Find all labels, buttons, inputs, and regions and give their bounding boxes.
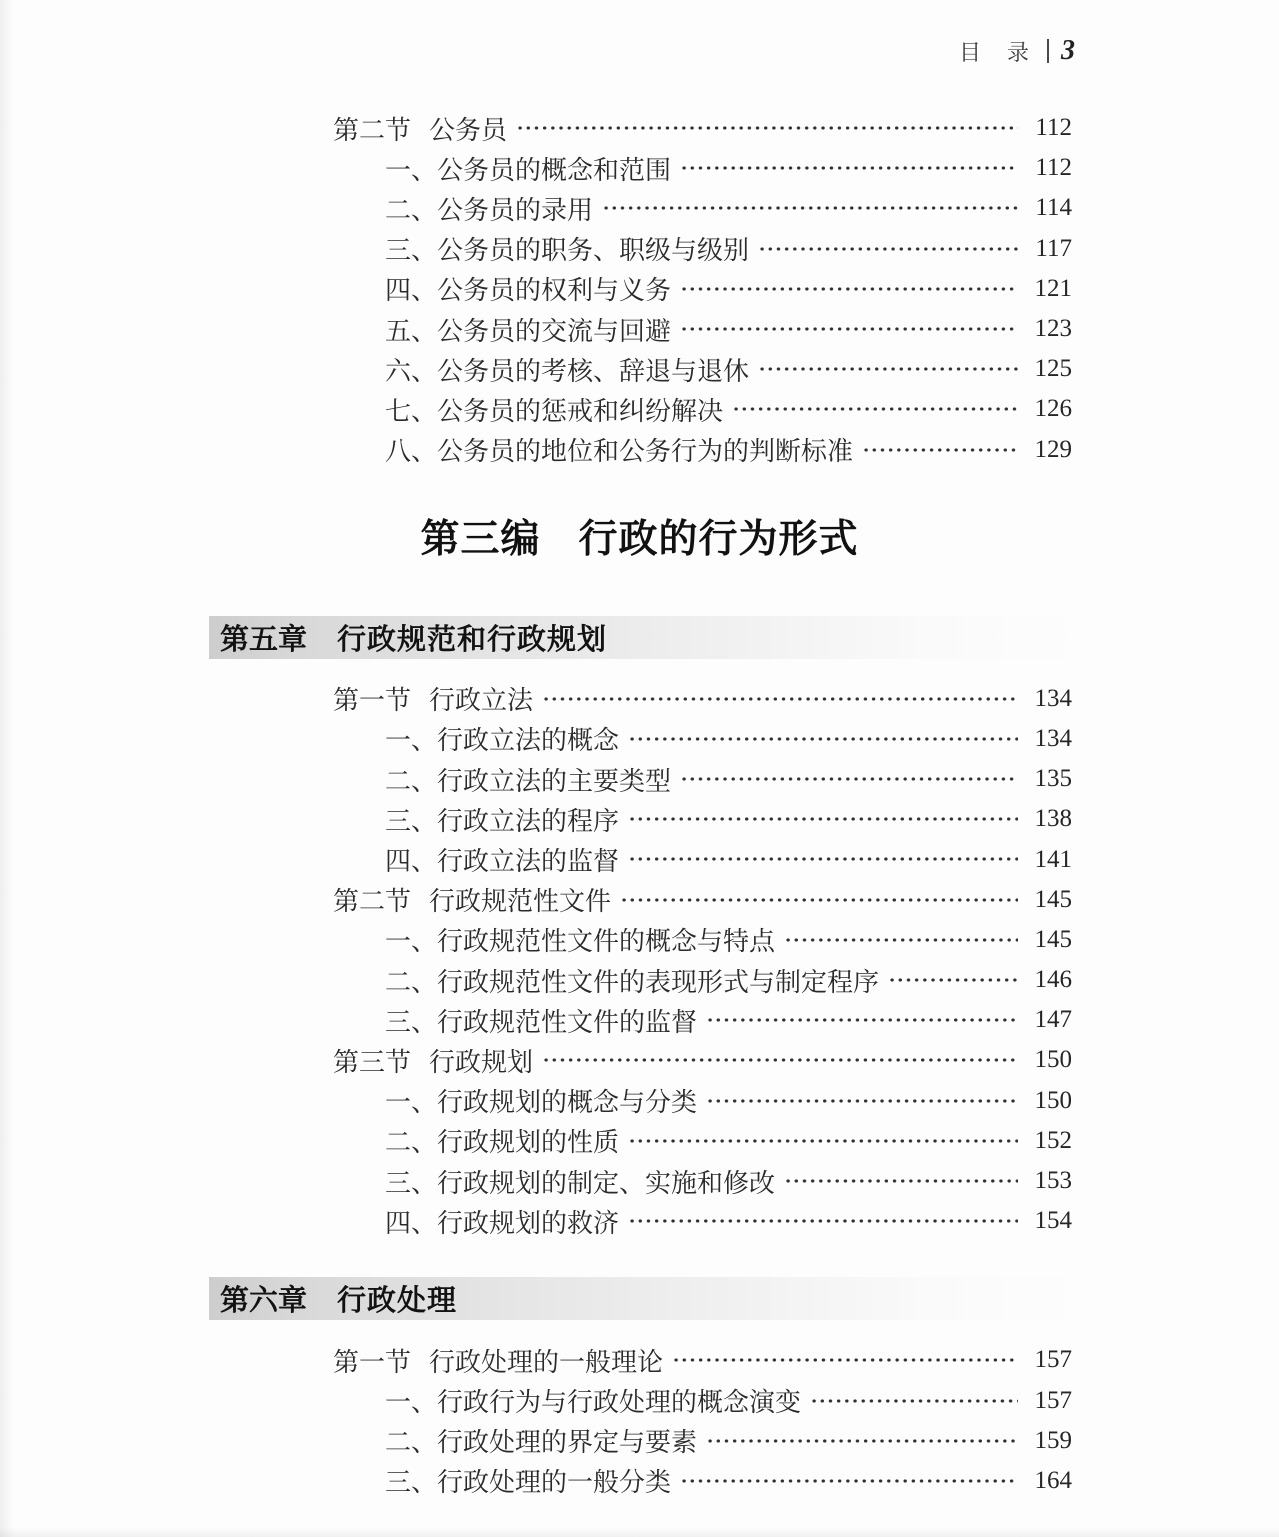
item-title: 四、公务员的权利与义务 [385, 270, 671, 307]
toc-section-row: 第二节行政规范性文件145 [0, 880, 1279, 920]
dot-leader [810, 1381, 1018, 1421]
page-number: 153 [1028, 1167, 1072, 1195]
section-number: 第三节 [333, 1042, 411, 1079]
dot-leader [706, 1000, 1018, 1040]
dot-leader [628, 1201, 1018, 1241]
page-number: 117 [1028, 235, 1072, 263]
part-title: 行政的行为形式 [579, 518, 859, 561]
toc-item-row: 一、行政立法的概念134 [0, 719, 1279, 759]
dot-leader [672, 1340, 1018, 1380]
dot-leader [602, 188, 1018, 228]
item-title: 一、行政规范性文件的概念与特点 [385, 921, 775, 958]
item-title: 二、行政规范性文件的表现形式与制定程序 [385, 962, 879, 999]
page-number: 159 [1028, 1427, 1072, 1455]
toc-section-row: 第一节行政立法134 [0, 679, 1279, 719]
page-number: 146 [1028, 966, 1072, 994]
item-title: 三、公务员的职务、职级与级别 [385, 230, 749, 267]
dot-leader [542, 679, 1018, 719]
page-number: 150 [1028, 1087, 1072, 1115]
toc-section-row: 第二节公务员112 [0, 108, 1279, 148]
page-number: 134 [1028, 685, 1072, 713]
item-title: 五、公务员的交流与回避 [385, 311, 671, 348]
page-number: 157 [1028, 1387, 1072, 1415]
page-number: 112 [1028, 154, 1072, 182]
dot-leader [784, 1161, 1018, 1201]
item-title: 三、行政规范性文件的监督 [385, 1002, 697, 1039]
item-title: 一、行政立法的概念 [385, 720, 619, 757]
page-number: 145 [1028, 926, 1072, 954]
toc-item-row: 四、行政立法的监督141 [0, 839, 1279, 879]
dot-leader [628, 799, 1018, 839]
toc-item-row: 一、行政规范性文件的概念与特点145 [0, 920, 1279, 960]
page-number: 114 [1028, 194, 1072, 222]
section-number: 第二节 [333, 881, 411, 918]
item-title: 三、行政立法的程序 [385, 801, 619, 838]
toc-item-row: 三、公务员的职务、职级与级别117 [0, 229, 1279, 269]
toc-item-row: 三、行政立法的程序138 [0, 799, 1279, 839]
toc-item-row: 四、行政规划的救济154 [0, 1201, 1279, 1241]
page-number: 135 [1028, 765, 1072, 793]
dot-leader [628, 1121, 1018, 1161]
chapter-title: 行政处理 [337, 1278, 457, 1319]
chapter-title: 行政规范和行政规划 [337, 617, 607, 658]
header-title: 目 录 [959, 36, 1031, 67]
page-number: 141 [1028, 846, 1072, 874]
dot-leader [680, 309, 1018, 349]
page-number: 134 [1028, 725, 1072, 753]
page-number: 150 [1028, 1046, 1072, 1074]
toc-item-row: 八、公务员的地位和公务行为的判断标准129 [0, 430, 1279, 470]
item-title: 三、行政处理的一般分类 [385, 1462, 671, 1499]
page-number: 145 [1028, 886, 1072, 914]
page-number: 125 [1028, 355, 1072, 383]
page-number: 154 [1028, 1207, 1072, 1235]
section-title: 行政处理的一般理论 [429, 1342, 663, 1379]
toc-item-row: 二、行政规范性文件的表现形式与制定程序146 [0, 960, 1279, 1000]
dot-leader [888, 960, 1018, 1000]
section-title: 公务员 [429, 110, 507, 147]
toc-item-row: 四、公务员的权利与义务121 [0, 269, 1279, 309]
section-title: 行政立法 [429, 680, 533, 717]
dot-leader [680, 148, 1018, 188]
dot-leader [784, 920, 1018, 960]
dot-leader [516, 108, 1018, 148]
item-title: 一、行政行为与行政处理的概念演变 [385, 1382, 801, 1419]
item-title: 二、行政立法的主要类型 [385, 761, 671, 798]
page-header: 目 录 3 [959, 34, 1075, 68]
chapter-heading-bar: 第五章行政规范和行政规划 [209, 616, 1085, 659]
toc-item-row: 二、行政立法的主要类型135 [0, 759, 1279, 799]
page-number: 126 [1028, 395, 1072, 423]
page-number: 129 [1028, 436, 1072, 464]
item-title: 三、行政规划的制定、实施和修改 [385, 1163, 775, 1200]
toc-item-row: 二、行政处理的界定与要素159 [0, 1421, 1279, 1461]
toc-item-row: 三、行政规范性文件的监督147 [0, 1000, 1279, 1040]
toc-item-row: 三、行政处理的一般分类164 [0, 1461, 1279, 1501]
item-title: 一、公务员的概念和范围 [385, 150, 671, 187]
toc-item-row: 二、公务员的录用114 [0, 188, 1279, 228]
section-number: 第一节 [333, 1342, 411, 1379]
item-title: 四、行政立法的监督 [385, 841, 619, 878]
toc-item-row: 一、行政规划的概念与分类150 [0, 1081, 1279, 1121]
section-title: 行政规划 [429, 1042, 533, 1079]
toc-item-row: 一、行政行为与行政处理的概念演变157 [0, 1381, 1279, 1421]
item-title: 二、行政规划的性质 [385, 1122, 619, 1159]
dot-leader [862, 430, 1018, 470]
chapter-heading-bar: 第六章行政处理 [209, 1277, 1085, 1320]
page-number: 123 [1028, 315, 1072, 343]
toc-section-row: 第三节行政规划150 [0, 1040, 1279, 1080]
toc-item-row: 六、公务员的考核、辞退与退休125 [0, 349, 1279, 389]
chapter-number: 第六章 [220, 1278, 307, 1319]
item-title: 八、公务员的地位和公务行为的判断标准 [385, 431, 853, 468]
dot-leader [758, 349, 1018, 389]
item-title: 一、行政规划的概念与分类 [385, 1082, 697, 1119]
toc-item-row: 七、公务员的惩戒和纠纷解决126 [0, 389, 1279, 429]
toc-item-row: 二、行政规划的性质152 [0, 1121, 1279, 1161]
toc-item-row: 一、公务员的概念和范围112 [0, 148, 1279, 188]
dot-leader [542, 1040, 1018, 1080]
page-number: 152 [1028, 1127, 1072, 1155]
dot-leader [680, 759, 1018, 799]
dot-leader [758, 229, 1018, 269]
page-edge-shadow-bottom [0, 1527, 1279, 1537]
page-number: 164 [1028, 1467, 1072, 1495]
toc-item-row: 五、公务员的交流与回避123 [0, 309, 1279, 349]
dot-leader [732, 389, 1018, 429]
item-title: 四、行政规划的救济 [385, 1203, 619, 1240]
toc-item-row: 三、行政规划的制定、实施和修改153 [0, 1161, 1279, 1201]
page-number: 112 [1028, 114, 1072, 142]
dot-leader [680, 269, 1018, 309]
dot-leader [706, 1081, 1018, 1121]
dot-leader [620, 880, 1018, 920]
part-heading: 第三编行政的行为形式 [0, 508, 1279, 572]
item-title: 二、公务员的录用 [385, 190, 593, 227]
toc-list: 第二节公务员112一、公务员的概念和范围112二、公务员的录用114三、公务员的… [0, 108, 1279, 1501]
page-number: 147 [1028, 1006, 1072, 1034]
dot-leader [628, 719, 1018, 759]
page-number: 138 [1028, 805, 1072, 833]
part-number: 第三编 [420, 518, 540, 561]
item-title: 六、公务员的考核、辞退与退休 [385, 351, 749, 388]
dot-leader [680, 1461, 1018, 1501]
page-number: 121 [1028, 275, 1072, 303]
header-divider [1047, 39, 1049, 63]
toc-section-row: 第一节行政处理的一般理论157 [0, 1340, 1279, 1380]
section-title: 行政规范性文件 [429, 881, 611, 918]
item-title: 二、行政处理的界定与要素 [385, 1422, 697, 1459]
chapter-number: 第五章 [220, 617, 307, 658]
section-number: 第二节 [333, 110, 411, 147]
section-number: 第一节 [333, 680, 411, 717]
dot-leader [628, 839, 1018, 879]
item-title: 七、公务员的惩戒和纠纷解决 [385, 391, 723, 428]
page-number: 157 [1028, 1346, 1072, 1374]
header-page-number: 3 [1061, 35, 1075, 67]
dot-leader [706, 1421, 1018, 1461]
